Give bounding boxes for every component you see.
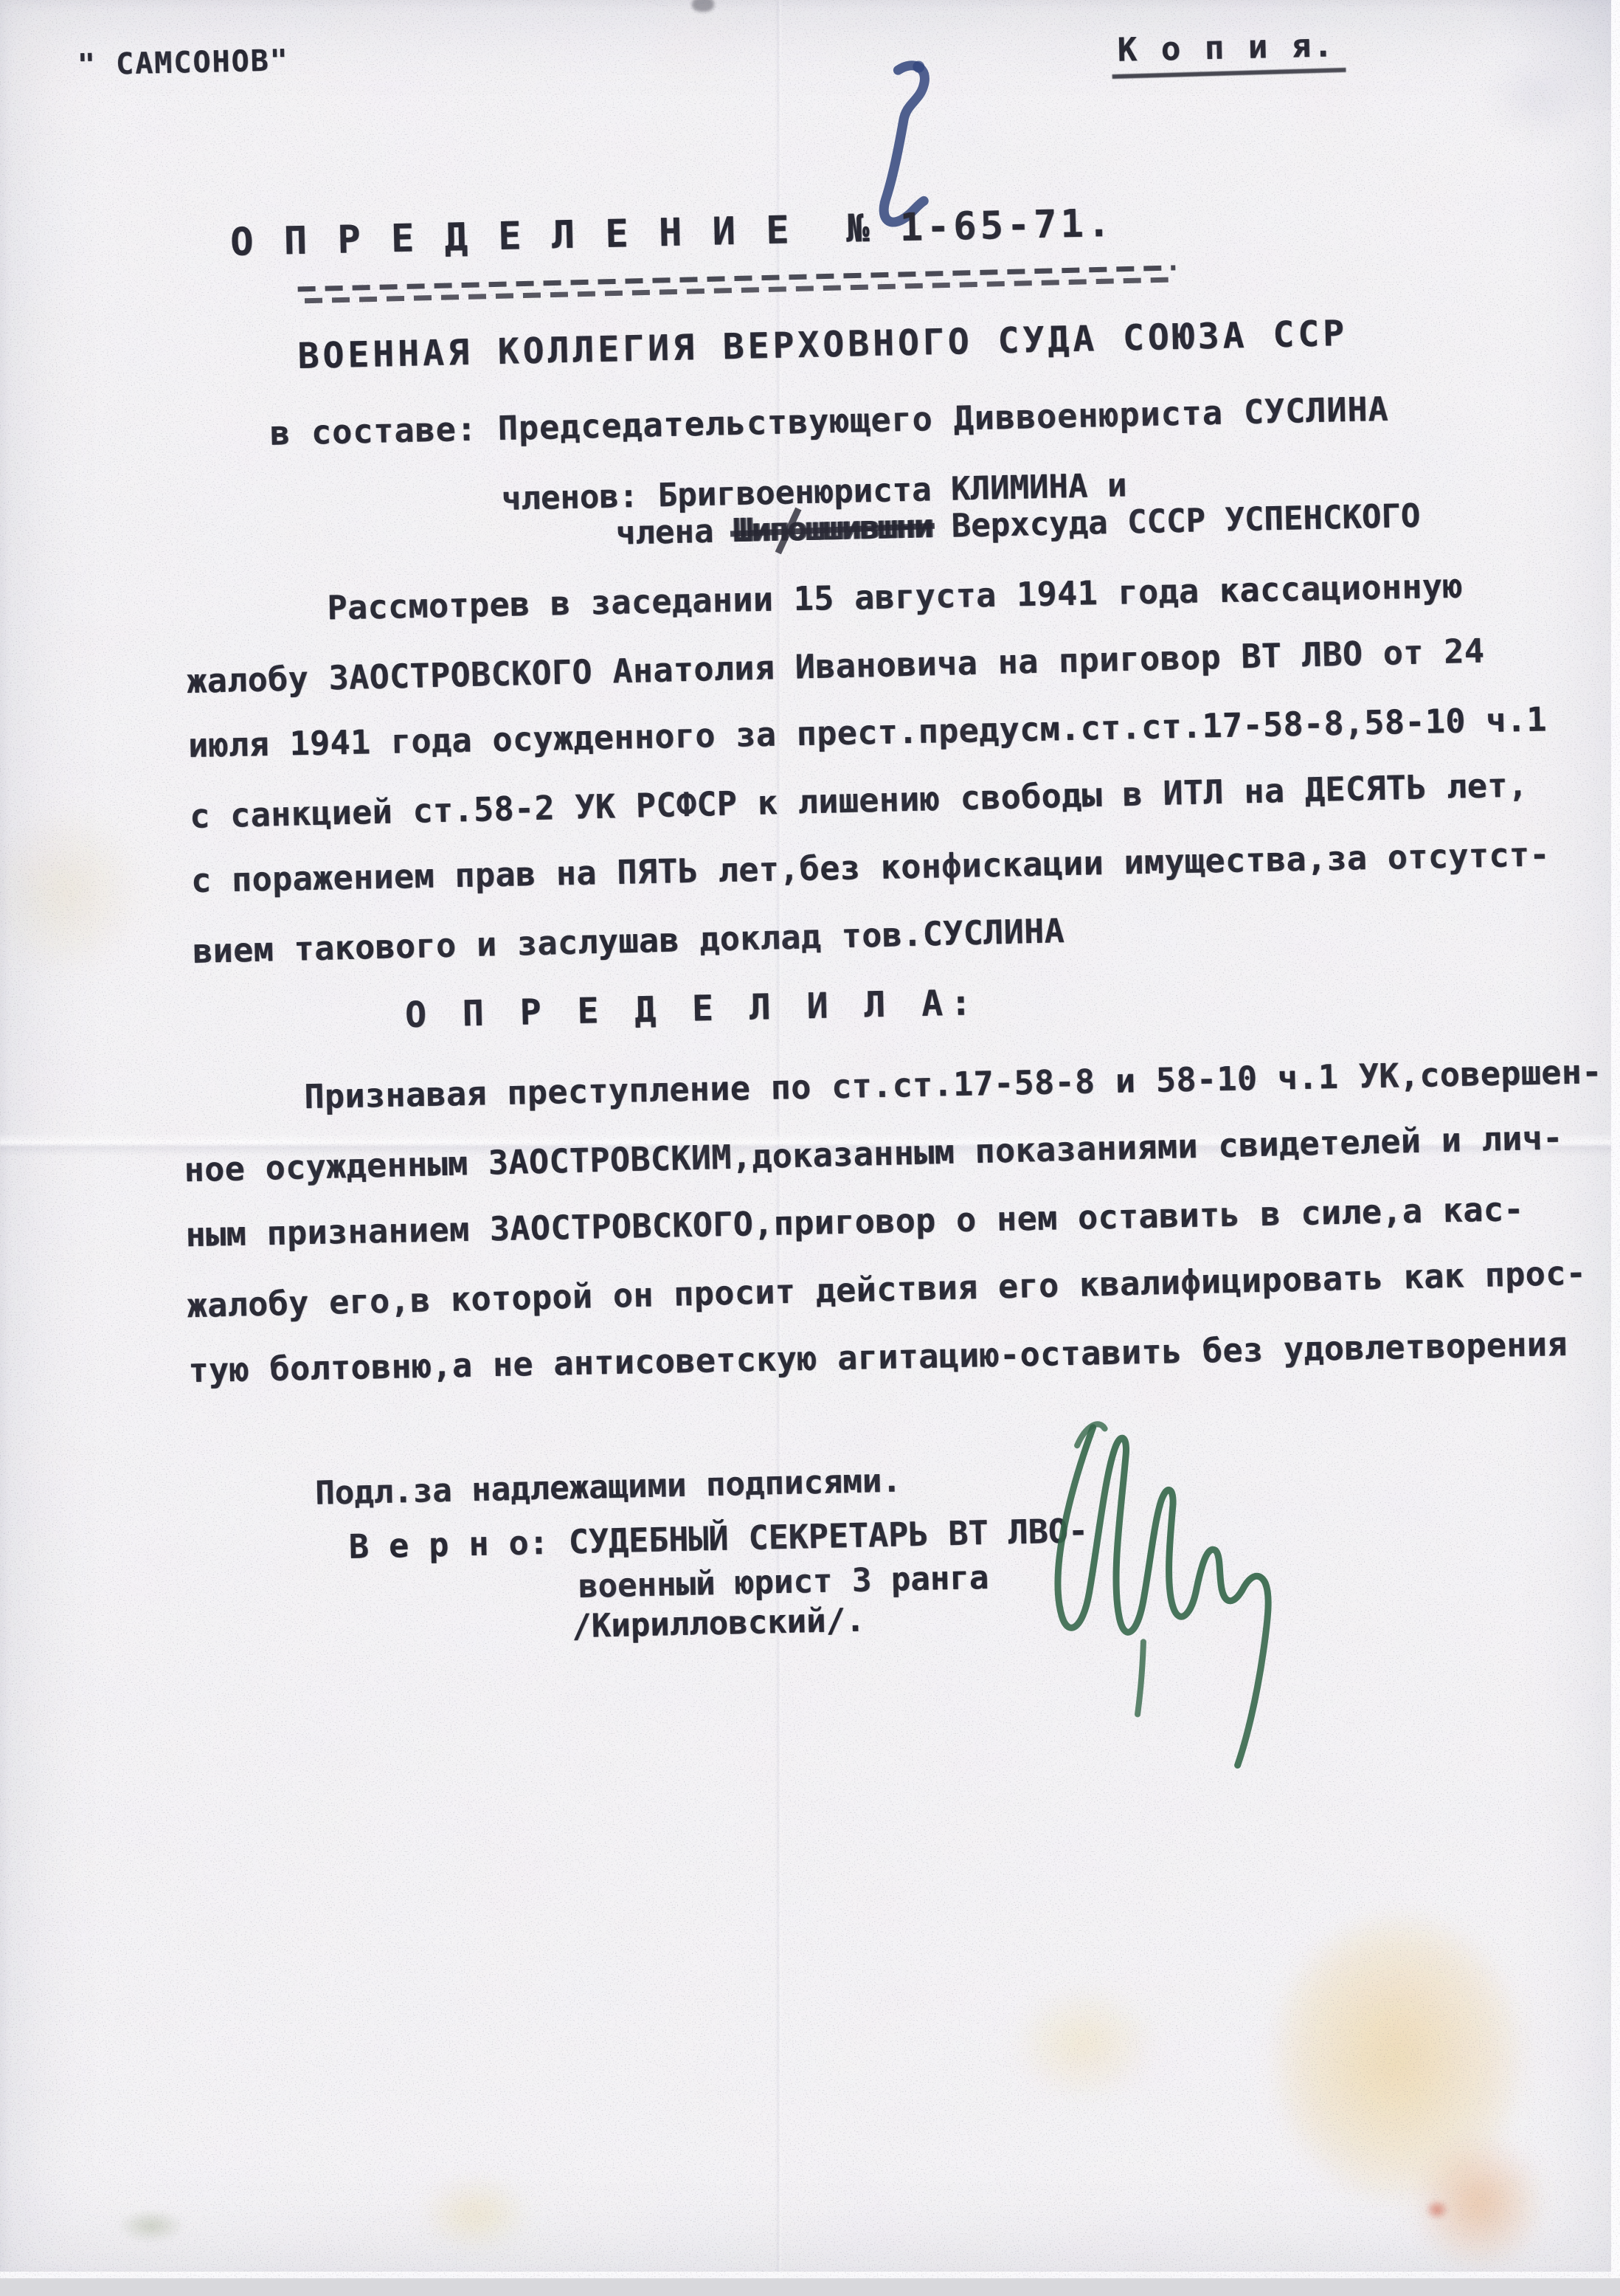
title-underline bbox=[298, 265, 1176, 305]
secretary-name-line: /Кирилловский/. bbox=[572, 1602, 865, 1646]
members-line-2-prefix: члена bbox=[615, 512, 733, 552]
resolution-paragraph: Признавая преступление по ст.ст.17-58-8 … bbox=[182, 1037, 1609, 1407]
scanned-document-page: " САМСОНОВ" К о п и я. О П Р Е Д Е Л Е Н… bbox=[0, 0, 1620, 2278]
verno-line: В е р н о: СУДЕБНЫЙ СЕКРЕТАРЬ ВТ ЛВО- bbox=[348, 1511, 1088, 1566]
court-name-line: ВОЕННАЯ КОЛЛЕГИЯ ВЕРХОВНОГО СУДА СОЮЗА С… bbox=[297, 313, 1349, 377]
document-title: О П Р Е Д Е Л Е Н И Е № 1-65-71. bbox=[230, 201, 1115, 265]
ink-signature bbox=[980, 1394, 1343, 1793]
scan-content: " САМСОНОВ" К о п и я. О П Р Е Д Е Л Е Н… bbox=[0, 0, 1620, 2278]
rank-line: военный юрист 3 ранга bbox=[578, 1559, 989, 1605]
overstruck-word: Шипошшившни bbox=[733, 508, 932, 550]
scan-edge-right bbox=[1611, 0, 1620, 2278]
scan-edge-bottom bbox=[0, 2272, 1620, 2278]
composition-line: в составе: Председательствующего Диввоен… bbox=[269, 390, 1389, 453]
authenticity-line: Подл.за надлежащими подписями. bbox=[315, 1462, 902, 1512]
copy-label: К о п и я. bbox=[1117, 27, 1335, 69]
resolution-heading: О П Р Е Д Е Л И Л А: bbox=[405, 982, 980, 1036]
case-name-annotation: " САМСОНОВ" bbox=[77, 44, 289, 82]
considering-paragraph: Рассмотрев в заседании 15 августа 1941 г… bbox=[184, 549, 1552, 983]
